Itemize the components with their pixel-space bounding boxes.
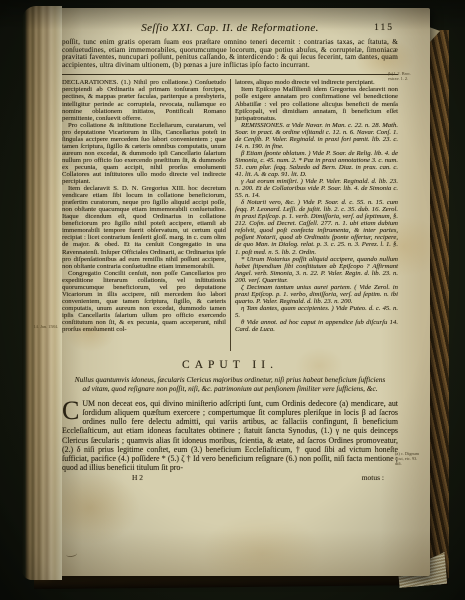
page-content: Seſſio XXI. Cap. II. de Reformatione. 11… — [62, 22, 398, 484]
left-column: DECLARATIONES. (1.) Nihil pro collatione… — [62, 79, 230, 351]
two-column-commentary: DECLARATIONES. (1.) Nihil pro collatione… — [62, 79, 398, 351]
catchword: motus : — [362, 473, 384, 482]
declarationes-paragraph: Congregatio Concilii cenſuit, non poſſe … — [62, 270, 226, 333]
drop-cap-initial: C — [62, 399, 82, 421]
declarationes-paragraph: Item Epiſcopo Maſſilienſi idem Gregorius… — [235, 86, 398, 121]
margin-citation-a: (a) c. Dignum ſicut, etc. 93. diſt. — [395, 452, 421, 467]
running-header: Seſſio XXI. Cap. II. de Reformatione. 11… — [62, 22, 398, 37]
right-column: latores, aliquo modo directe vel indirec… — [231, 79, 398, 351]
book-page: Seſſio XXI. Cap. II. de Reformatione. 11… — [48, 8, 430, 576]
horizontal-rule — [62, 74, 398, 75]
remissiones-paragraph: η Tam dantes, quam accipientes. ) Vide P… — [235, 305, 398, 319]
book-photograph: Seſſio XXI. Cap. II. de Reformatione. 11… — [0, 0, 465, 600]
book-cover-edge-right — [429, 30, 449, 578]
remissiones-paragraph: θ Vide annot. ad hoc caput in appendice … — [235, 319, 398, 333]
page-number: 115 — [374, 23, 394, 33]
chapter-body-text: UM non deceat eos, qui divino miniſterio… — [62, 399, 398, 472]
margin-citation-b: (b) l. 2. Broc. extrav. 1. 2. — [388, 72, 416, 82]
margin-date-note: 14. Jan. 1584. — [32, 324, 58, 329]
session-title: Seſſio XXI. Cap. II. de Reformatione. — [141, 22, 319, 34]
remissiones-paragraph: δ Notarii vero, &c. ) Vide P. Soar. d. c… — [235, 199, 398, 255]
remissiones-paragraph: β Etiam ſponte oblatum. ) Vide P. Soar. … — [235, 150, 398, 178]
remissiones-paragraph: ζ Decimam tantum unius aurei partem. ( V… — [235, 284, 398, 305]
chapter-body-paragraph: * C UM non deceat eos, qui divino miniſt… — [62, 399, 398, 473]
declarationes-paragraph: Item declaravit S. D. N. Gregorius XIII.… — [62, 185, 226, 270]
remissiones-paragraph: * Utrum Notarius poſſit aliquid accipere… — [235, 256, 398, 284]
declarationes-paragraph: DECLARATIONES. (1.) Nihil pro collatione… — [62, 79, 226, 121]
remissiones-paragraph: REMISSIONES. α Vide Navar. in Man. c. 22… — [235, 122, 398, 150]
chapter-heading: CAPUT II. — [62, 359, 398, 371]
chapter-summary: Nullus quantumvis idoneus, ſæcularis Cle… — [74, 376, 386, 392]
footer-line: H 2 motus : — [62, 473, 398, 484]
remissiones-paragraph: γ Aut eorum miniſtri. ) Vide P. Valer. R… — [235, 178, 398, 199]
declarationes-paragraph: Pro collatione & inſtitutione Eccleſiaru… — [62, 122, 226, 185]
signature-mark: H 2 — [132, 473, 143, 482]
intro-paragraph: poſſit, tunc enim gratis operam ſuam eos… — [62, 39, 398, 69]
binding-gutter-page-edges — [22, 6, 62, 580]
